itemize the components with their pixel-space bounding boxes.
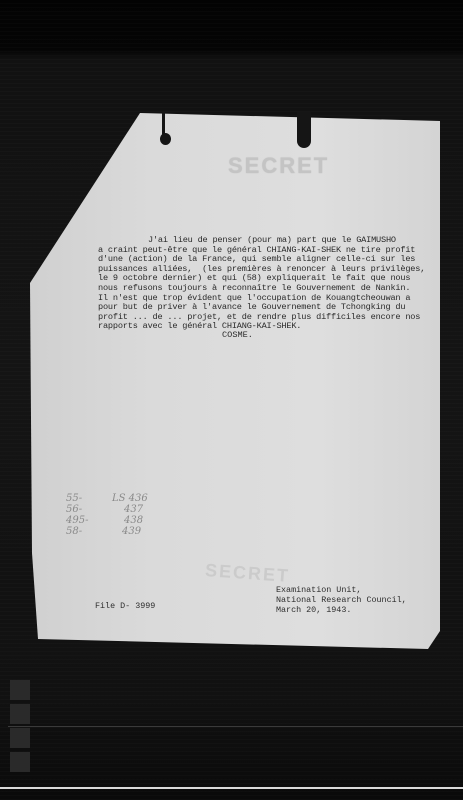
film-sprocket (10, 728, 30, 748)
signature: COSME. (222, 330, 253, 340)
note-left: 58- (66, 526, 112, 537)
punch-hole-right (297, 112, 311, 148)
exam-line: National Research Council, (276, 595, 407, 605)
film-sprocket (10, 680, 30, 700)
exam-line: Examination Unit, (276, 585, 407, 595)
note-right: 438 (112, 515, 164, 526)
handwritten-note-row: 56- 437 (66, 504, 164, 515)
examination-unit-block: Examination Unit,National Research Counc… (276, 585, 407, 615)
handwritten-notes: 55- LS 436 56- 437 495- 438 58- 439 (66, 493, 164, 537)
note-left: 495- (66, 515, 112, 526)
body-line: rapports avec le général CHIANG-KAI-SHEK… (98, 322, 438, 332)
handwritten-note-row: 495- 438 (66, 515, 164, 526)
film-sprocket (10, 704, 30, 724)
film-edge-line (0, 787, 463, 789)
film-scratch (8, 726, 463, 727)
exam-line: March 20, 1943. (276, 605, 407, 615)
note-right: LS 436 (112, 493, 152, 504)
punch-hole-left (160, 133, 171, 145)
note-left: 56- (66, 504, 112, 515)
letter-body: J'ai lieu de penser (pour ma) part que l… (98, 236, 438, 332)
file-reference: File D- 3999 (95, 601, 155, 611)
note-left: 55- (66, 493, 112, 504)
note-right: 437 (112, 504, 164, 515)
secret-stamp-top: SECRET (228, 153, 329, 179)
handwritten-note-row: 55- LS 436 (66, 493, 164, 504)
note-right: 439 (112, 526, 162, 537)
film-sprocket (10, 752, 30, 772)
handwritten-note-row: 58- 439 (66, 526, 164, 537)
